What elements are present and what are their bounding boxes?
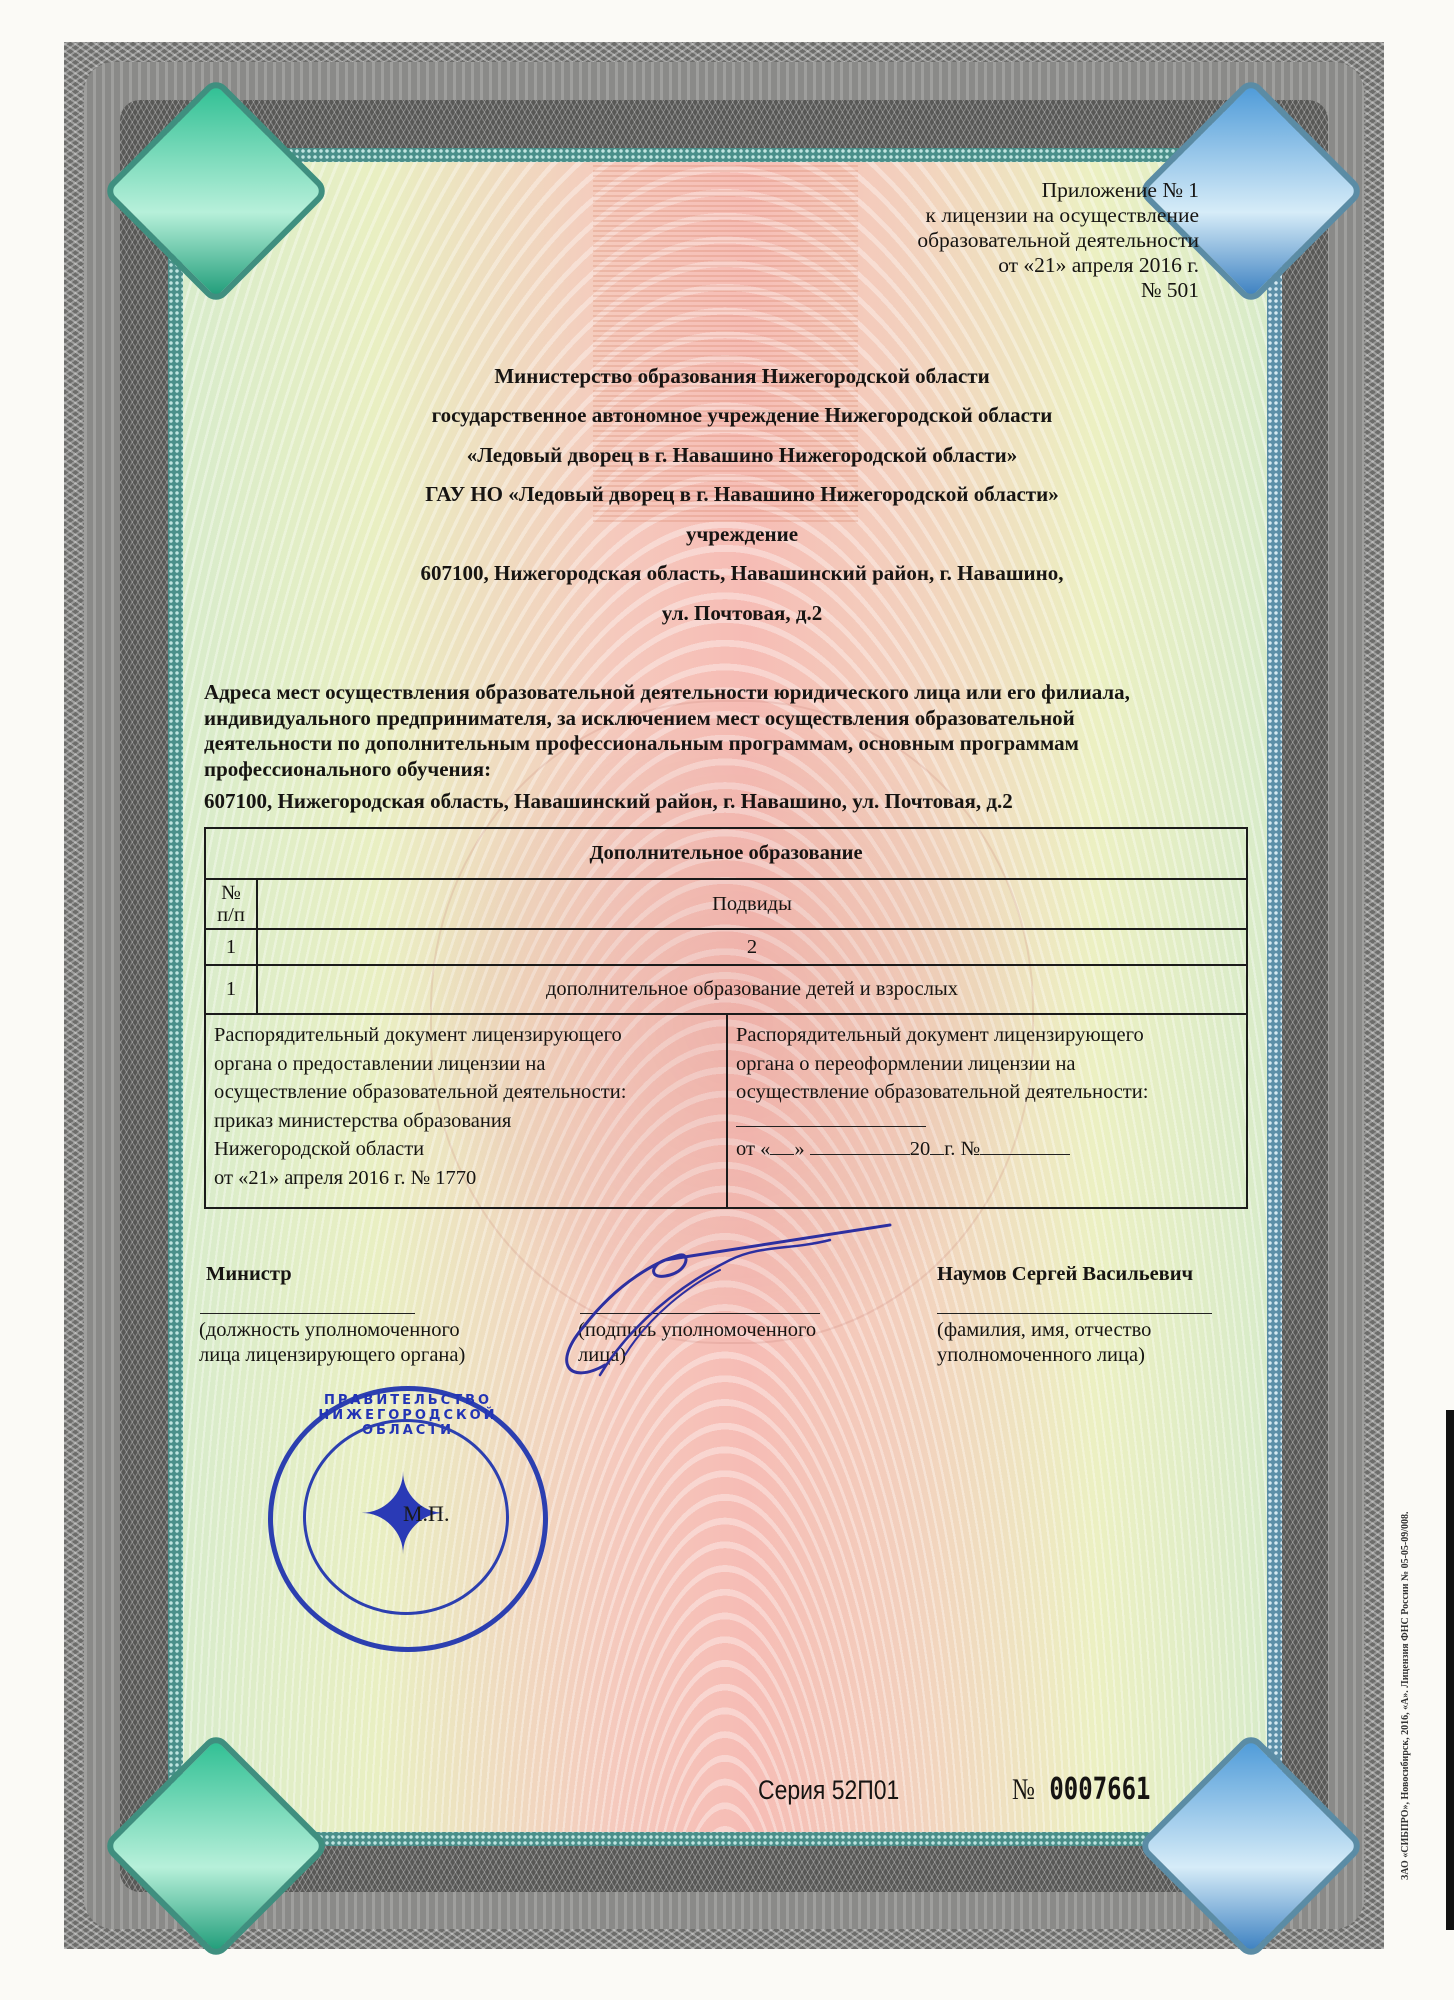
- table-row: 1 дополнительное образование детей и взр…: [205, 965, 1247, 1014]
- grant-doc-line: Нижегородской области: [214, 1135, 720, 1164]
- row-number: 1: [205, 965, 257, 1014]
- appendix-line: № 501: [917, 278, 1199, 303]
- year-prefix: 20: [910, 1138, 931, 1160]
- reissue-doc-line: осуществление образовательной деятельнос…: [736, 1078, 1240, 1107]
- places-paragraph: Адреса мест осуществления образовательно…: [204, 680, 1254, 782]
- caption-line: лица лицензирующего органа): [199, 1343, 465, 1368]
- paragraph-line: профессионального обучения:: [204, 757, 1254, 783]
- position-line: [200, 1313, 415, 1314]
- org-full-name-line-2: «Ледовый дворец в г. Навашино Нижегородс…: [467, 443, 1017, 468]
- paragraph-line: индивидуального предпринимателя, за искл…: [204, 706, 1254, 732]
- printer-imprint: ЗАО «СИБПРО», Новосибирск, 2016, «А». Ли…: [1400, 1511, 1411, 1880]
- position-value: Министр: [206, 1262, 292, 1287]
- position-caption: (должность уполномоченного лица лицензир…: [199, 1318, 465, 1368]
- documents-row: Распорядительный документ лицензирующего…: [205, 1014, 1247, 1208]
- stamp-mp-label: М.П.: [403, 1501, 449, 1527]
- table-index-cell: 1: [205, 929, 257, 965]
- scan-edge-shadow: [1446, 1410, 1454, 1930]
- ministry-name: Министерство образования Нижегородской о…: [494, 364, 989, 389]
- appendix-reference: Приложение № 1 к лицензии на осуществлен…: [917, 178, 1199, 303]
- appendix-line: от «21» апреля 2016 г.: [917, 253, 1199, 278]
- table-index-cell: 2: [257, 929, 1247, 965]
- table-header-subtypes: Подвиды: [257, 879, 1247, 929]
- reissue-doc-line: Распорядительный документ лицензирующего: [736, 1021, 1240, 1050]
- org-full-name-line-1: государственное автономное учреждение Ни…: [432, 403, 1053, 428]
- paragraph-line: Адреса мест осуществления образовательно…: [204, 680, 1254, 706]
- org-address-line-2: ул. Почтовая, д.2: [662, 601, 822, 626]
- table-section-title: Дополнительное образование: [205, 828, 1247, 879]
- year-blank: [930, 1136, 944, 1155]
- date-prefix: от «: [736, 1138, 770, 1160]
- num-header-line: п/п: [206, 904, 256, 926]
- series-label: Серия: [758, 1775, 825, 1805]
- month-blank: [810, 1136, 910, 1155]
- grant-document-cell: Распорядительный документ лицензирующего…: [206, 1015, 728, 1207]
- grant-doc-line: Распорядительный документ лицензирующего: [214, 1021, 720, 1050]
- date-quote: »: [794, 1138, 804, 1160]
- reissue-doc-blank: [736, 1108, 926, 1127]
- year-suffix: г.: [944, 1138, 955, 1160]
- grant-doc-line: от «21» апреля 2016 г. № 1770: [214, 1164, 720, 1193]
- reissue-document-cell: Распорядительный документ лицензирующего…: [728, 1015, 1246, 1207]
- name-line: [937, 1313, 1212, 1314]
- number-label: №: [1012, 1773, 1035, 1806]
- number-blank: [980, 1136, 1070, 1155]
- activity-address: 607100, Нижегородская область, Навашинск…: [204, 789, 1013, 814]
- num-header-line: №: [206, 882, 256, 904]
- caption-line: (должность уполномоченного: [199, 1318, 465, 1343]
- appendix-line: к лицензии на осуществление: [917, 203, 1199, 228]
- paragraph-line: деятельности по дополнительным профессио…: [204, 731, 1254, 757]
- official-stamp: ПРАВИТЕЛЬСТВО НИЖЕГОРОДСКОЙ ОБЛАСТИ ✦ М.…: [268, 1386, 548, 1652]
- caption-line: (фамилия, имя, отчество: [937, 1318, 1151, 1343]
- org-address-line-1: 607100, Нижегородская область, Навашинск…: [420, 561, 1063, 586]
- form-number: № 0007661: [1012, 1772, 1151, 1807]
- appendix-line: Приложение № 1: [917, 178, 1199, 203]
- day-blank: [770, 1136, 794, 1155]
- reissue-doc-line: органа о переоформлении лицензии на: [736, 1050, 1240, 1079]
- handwritten-signature-icon: [530, 1215, 930, 1390]
- name-caption: (фамилия, имя, отчество уполномоченного …: [937, 1318, 1151, 1368]
- reissue-date-line: от «» 20г. №: [736, 1135, 1240, 1164]
- form-series: Серия 52П01: [758, 1775, 899, 1806]
- grant-doc-line: приказ министерства образования: [214, 1107, 720, 1136]
- number-value: 0007661: [1049, 1772, 1150, 1807]
- series-value: 52П01: [832, 1775, 900, 1805]
- grant-doc-line: органа о предоставлении лицензии на: [214, 1050, 720, 1079]
- official-name: Наумов Сергей Васильевич: [937, 1262, 1193, 1287]
- grant-doc-line: осуществление образовательной деятельнос…: [214, 1078, 720, 1107]
- org-type: учреждение: [686, 522, 798, 547]
- education-license-table: Дополнительное образование № п/п Подвиды…: [204, 827, 1248, 1209]
- dotted-rail-right: [1267, 148, 1282, 1846]
- caption-line: уполномоченного лица): [937, 1343, 1151, 1368]
- row-subtype: дополнительное образование детей и взрос…: [257, 965, 1247, 1014]
- org-short-name: ГАУ НО «Ледовый дворец в г. Навашино Ниж…: [425, 482, 1058, 507]
- appendix-line: образовательной деятельности: [917, 228, 1199, 253]
- number-label: №: [961, 1138, 981, 1160]
- table-header-num: № п/п: [205, 879, 257, 929]
